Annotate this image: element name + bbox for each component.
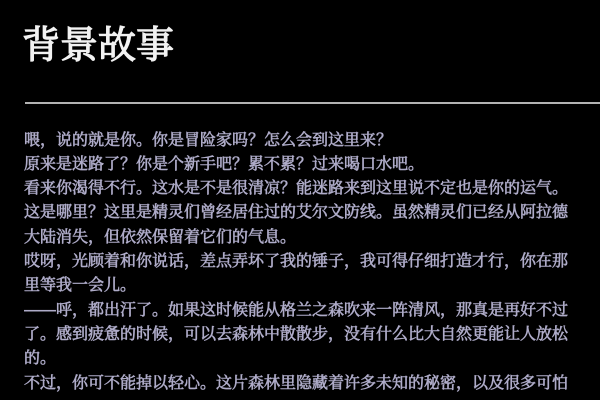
story-paragraph: 哎呀，光顾着和你说话，差点弄坏了我的锤子，我可得仔细打造才行，你在那里等我一会儿… xyxy=(24,250,574,299)
story-paragraph: 这是哪里？这里是精灵们曾经居住过的艾尔文防线。虽然精灵们已经从阿拉德大陆消失，但… xyxy=(24,201,574,250)
story-paragraph: ——呼，都出汗了。如果这时候能从格兰之森吹来一阵清风，那真是再好不过了。感到疲惫… xyxy=(24,299,574,372)
page-title: 背景故事 xyxy=(22,24,600,70)
story-page: 背景故事 喂，说的就是你。你是冒险家吗？怎么会到这里来？ 原来是迷路了？你是个新… xyxy=(0,0,600,400)
divider xyxy=(25,102,600,104)
story-paragraph: 不过，你可不能掉以轻心。这片森林里隐藏着许多未知的秘密，以及很多可怕 xyxy=(24,372,574,396)
story-paragraph: 喂，说的就是你。你是冒险家吗？怎么会到这里来？ xyxy=(24,129,574,153)
story-text-block: 喂，说的就是你。你是冒险家吗？怎么会到这里来？ 原来是迷路了？你是个新手吧？累不… xyxy=(24,129,574,396)
story-paragraph: 看来你渴得不行。这水是不是很清凉？能迷路来到这里说不定也是你的运气。 xyxy=(24,177,574,201)
story-paragraph: 原来是迷路了？你是个新手吧？累不累？过来喝口水吧。 xyxy=(24,153,574,177)
